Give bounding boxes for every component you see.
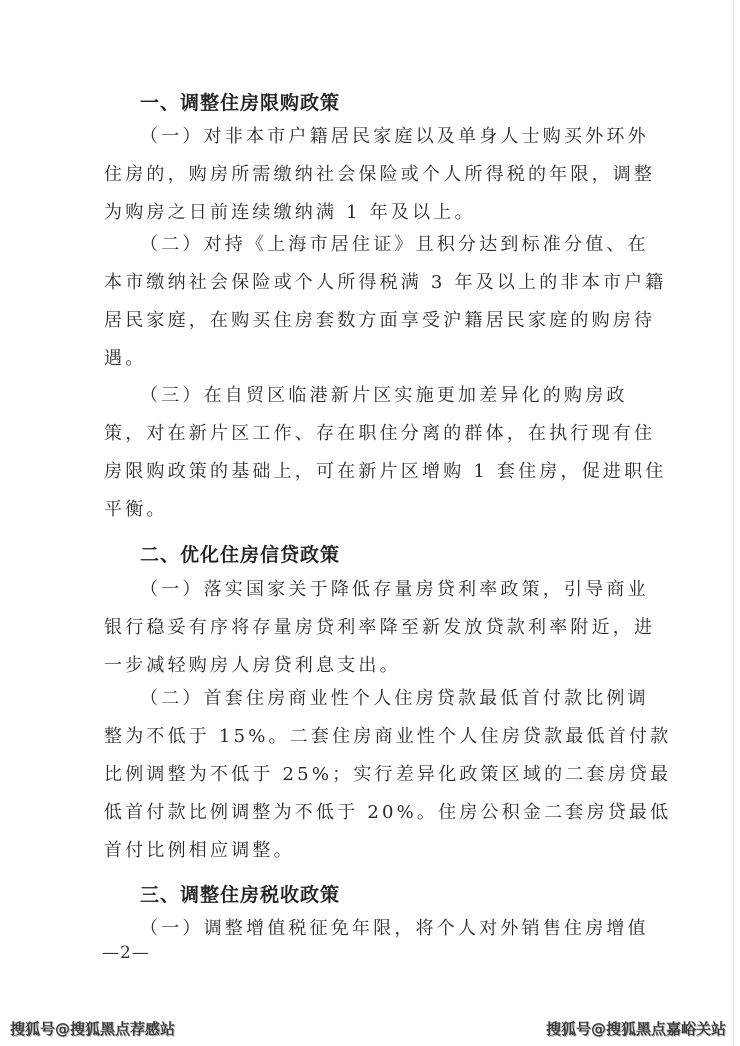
paragraph-line: （一）调整增值税征免年限，将个人对外销售住房增值 <box>104 910 624 948</box>
paragraph-line: （一）落实国家关于降低存量房贷利率政策，引导商业 <box>104 571 624 609</box>
paragraph-line: 平衡。 <box>104 491 624 529</box>
paragraph-line: 遇。 <box>104 340 624 378</box>
paragraph-line: 整为不低于 15%。二套住房商业性个人住房贷款最低首付款 <box>104 718 624 756</box>
paragraph-line: 房限购政策的基础上，可在新片区增购 1 套住房，促进职住 <box>104 453 624 491</box>
paragraph-1-3: （三）在自贸区临港新片区实施更加差异化的购房政 策，对在新片区工作、存在职住分离… <box>104 377 624 529</box>
paragraph-1-1: （一）对非本市户籍居民家庭以及单身人士购买外环外 住房的，购房所需缴纳社会保险或… <box>104 118 624 232</box>
paragraph-line: 住房的，购房所需缴纳社会保险或个人所得税的年限，调整 <box>104 156 624 194</box>
paragraph-line: 低首付款比例调整为不低于 20%。住房公积金二套房贷最低 <box>104 794 624 832</box>
paragraph-line: 比例调整为不低于 25%；实行差异化政策区域的二套房贷最 <box>104 756 624 794</box>
scan-edge-line <box>733 0 734 1046</box>
paragraph-line: 居民家庭，在购买住房套数方面享受沪籍居民家庭的购房待 <box>104 302 624 340</box>
paragraph-line: （二）对持《上海市居住证》且积分达到标准分值、在 <box>104 226 624 264</box>
paragraph-1-2: （二）对持《上海市居住证》且积分达到标准分值、在 本市缴纳社会保险或个人所得税满… <box>104 226 624 378</box>
paragraph-line: 银行稳妥有序将存量房贷利率降至新发放贷款利率附近，进 <box>104 609 624 647</box>
paragraph-2-2: （二）首套住房商业性个人住房贷款最低首付款比例调 整为不低于 15%。二套住房商… <box>104 680 624 870</box>
section-heading-3: 三、调整住房税收政策 <box>140 880 340 907</box>
page-number: —2— <box>102 943 150 963</box>
paragraph-line: 本市缴纳社会保险或个人所得税满 3 年及以上的非本市户籍 <box>104 264 624 302</box>
paragraph-2-1: （一）落实国家关于降低存量房贷利率政策，引导商业 银行稳妥有序将存量房贷利率降至… <box>104 571 624 685</box>
paragraph-3-1: （一）调整增值税征免年限，将个人对外销售住房增值 <box>104 910 624 948</box>
section-heading-2: 二、优化住房信贷政策 <box>140 540 340 567</box>
section-heading-1: 一、调整住房限购政策 <box>140 88 340 115</box>
watermark-left: 搜狐号@搜狐黑点荐感站 <box>10 1018 175 1039</box>
watermark-right: 搜狐号@搜狐黑点嘉峪关站 <box>546 1018 726 1039</box>
paragraph-line: （三）在自贸区临港新片区实施更加差异化的购房政 <box>104 377 624 415</box>
paragraph-line: 首付比例相应调整。 <box>104 832 624 870</box>
paragraph-line: 策，对在新片区工作、存在职住分离的群体，在执行现有住 <box>104 415 624 453</box>
paragraph-line: （一）对非本市户籍居民家庭以及单身人士购买外环外 <box>104 118 624 156</box>
paragraph-line: （二）首套住房商业性个人住房贷款最低首付款比例调 <box>104 680 624 718</box>
